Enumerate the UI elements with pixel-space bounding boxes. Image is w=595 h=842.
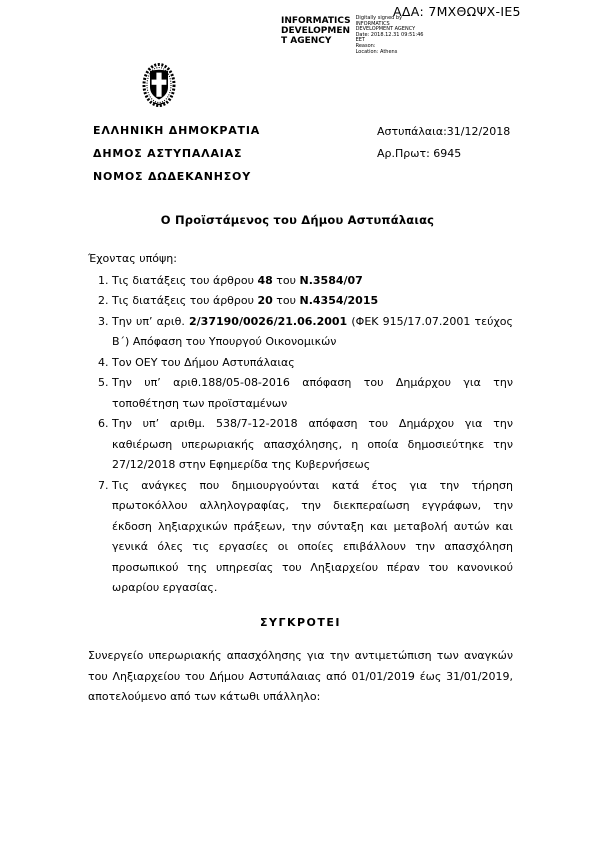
item-text: Τις διατάξεις του άρθρου 48 του Ν.3584/0… (112, 271, 513, 292)
item-number: 5. (88, 373, 112, 414)
closing-paragraph: Συνεργείο υπερωριακής απασχόλησης για τη… (88, 646, 513, 708)
item-text: Τον ΟΕΥ του Δήμου Αστυπάλαιας (112, 353, 513, 374)
item-text: Την υπ’ αριθμ. 538/7-12-2018 απόφαση του… (112, 414, 513, 476)
consideration-item: 1.Τις διατάξεις του άρθρου 48 του Ν.3584… (88, 271, 513, 292)
digital-signature-stamp: INFORMATICSDEVELOPMENT AGENCY Digitally … (281, 16, 436, 55)
item-number: 2. (88, 291, 112, 312)
issuing-authority-block: ΕΛΛΗΝΙΚΗ ΔΗΜΟΚΡΑΤΙΑΔΗΜΟΣ ΑΣΤΥΠΑΛΑΙΑΣΝΟΜΟ… (93, 119, 260, 188)
item-number: 1. (88, 271, 112, 292)
consideration-item: 2.Τις διατάξεις του άρθρου 20 του Ν.4354… (88, 291, 513, 312)
item-number: 4. (88, 353, 112, 374)
reference-block: Αστυπάλαια:31/12/2018 Αρ.Πρωτ: 6945 (377, 121, 510, 165)
item-number: 6. (88, 414, 112, 476)
protocol-number: Αρ.Πρωτ: 6945 (377, 143, 510, 165)
text-line: ΔΗΜΟΣ ΑΣΤΥΠΑΛΑΙΑΣ (93, 142, 260, 165)
consideration-item: 5.Την υπ’ αριθ.188/05-08-2016 απόφαση το… (88, 373, 513, 414)
consideration-item: 7.Τις ανάγκες που δημιουργούνται κατά έτ… (88, 476, 513, 599)
considerations-list: 1.Τις διατάξεις του άρθρου 48 του Ν.3584… (88, 271, 513, 599)
preamble: Έχοντας υπόψη: (88, 249, 513, 270)
signature-agency-name: INFORMATICSDEVELOPMENT AGENCY (281, 16, 351, 55)
item-text: Τις ανάγκες που δημιουργούνται κατά έτος… (112, 476, 513, 599)
item-number: 7. (88, 476, 112, 599)
text-line: T AGENCY (281, 36, 351, 46)
signature-details: Digitally signed byINFORMATICSDEVELOPMEN… (356, 16, 436, 55)
text-line: ΝΟΜΟΣ ΔΩΔΕΚΑΝΗΣΟΥ (93, 165, 260, 188)
greek-national-emblem-icon (139, 60, 179, 110)
consideration-item: 3.Την υπ’ αριθ. 2/37190/0026/21.06.2001 … (88, 312, 513, 353)
item-text: Τις διατάξεις του άρθρου 20 του Ν.4354/2… (112, 291, 513, 312)
consideration-item: 6.Την υπ’ αριθμ. 538/7-12-2018 απόφαση τ… (88, 414, 513, 476)
text-line: Location: Athens (356, 50, 436, 56)
place-date: Αστυπάλαια:31/12/2018 (377, 121, 510, 143)
item-number: 3. (88, 312, 112, 353)
document-title: Ο Προϊστάμενος του Δήμου Αστυπάλαιας (0, 213, 595, 227)
text-line: ΕΛΛΗΝΙΚΗ ΔΗΜΟΚΡΑΤΙΑ (93, 119, 260, 142)
text-line: INFORMATICS (281, 16, 351, 26)
consideration-item: 4.Τον ΟΕΥ του Δήμου Αστυπάλαιας (88, 353, 513, 374)
decision-heading: ΣΥΓΚΡΟΤΕΙ (88, 613, 513, 634)
document-body: Έχοντας υπόψη: 1.Τις διατάξεις του άρθρο… (88, 249, 513, 708)
document-page: ΑΔΑ: 7ΜΧΘΩΨΧ-ΙΕ5 INFORMATICSDEVELOPMENT … (0, 0, 595, 842)
item-text: Την υπ’ αριθ.188/05-08-2016 απόφαση του … (112, 373, 513, 414)
item-text: Την υπ’ αριθ. 2/37190/0026/21.06.2001 (Φ… (112, 312, 513, 353)
text-line: DEVELOPMEN (281, 26, 351, 36)
